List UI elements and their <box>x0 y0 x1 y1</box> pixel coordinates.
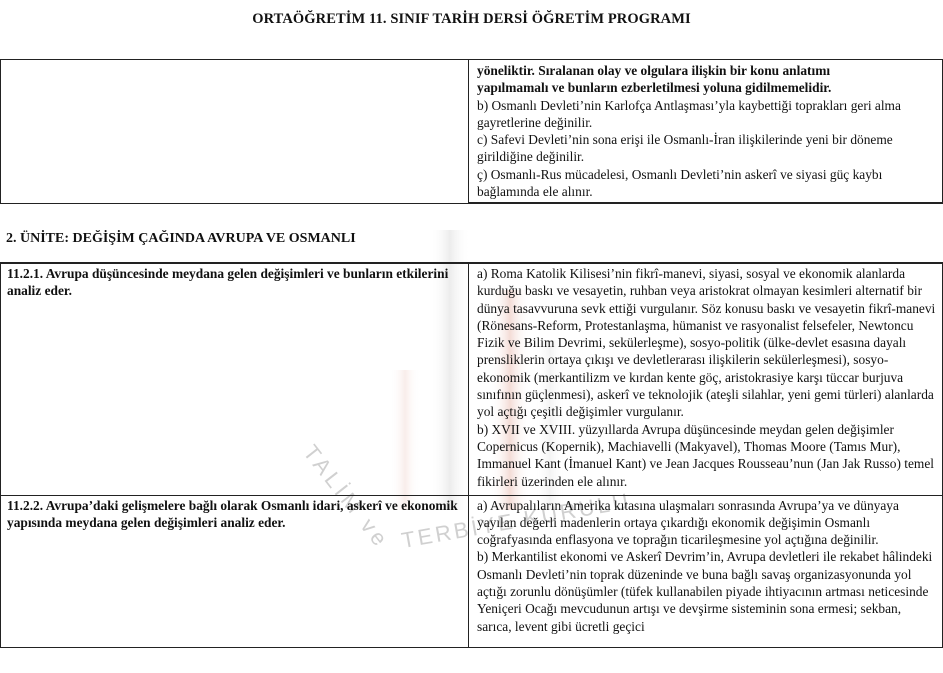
continuation-table: yöneliktir. Sıralanan olay ve olgulara i… <box>0 59 943 204</box>
unit-heading: 2. ÜNİTE: DEĞİŞİM ÇAĞINDA AVRUPA VE OSMA… <box>6 231 356 247</box>
explanation-item: b) Osmanlı Devleti’nin Karlofça Antlaşma… <box>477 97 936 132</box>
table-row: 11.2.1. Avrupa düşüncesinde meydana gele… <box>1 263 943 495</box>
outcome-cell-empty <box>1 60 469 204</box>
explanation-cell: a) Avrupalıların Amerika kıtasına ulaşma… <box>469 495 943 647</box>
unit-outcomes-table: 11.2.1. Avrupa düşüncesinde meydana gele… <box>0 262 943 648</box>
page-title: ORTAÖĞRETİM 11. SINIF TARİH DERSİ ÖĞRETİ… <box>0 11 943 28</box>
explanation-item: a) Avrupalıların Amerika kıtasına ulaşma… <box>477 497 936 549</box>
outcome-cell: 11.2.1. Avrupa düşüncesinde meydana gele… <box>1 263 469 495</box>
explanation-item: ç) Osmanlı-Rus mücadelesi, Osmanlı Devle… <box>477 166 936 201</box>
table-row: 11.2.2. Avrupa’daki gelişmelere bağlı ol… <box>1 495 943 647</box>
table-row: yöneliktir. Sıralanan olay ve olgulara i… <box>1 60 943 204</box>
explanation-item: b) XVII ve XVIII. yüzyıllarda Avrupa düş… <box>477 421 936 490</box>
explanation-item: b) Merkantilist ekonomi ve Askerî Devrim… <box>477 548 936 634</box>
explanation-item: c) Safevi Devleti’nin sona erişi ile Osm… <box>477 131 936 166</box>
explanation-item: a) Roma Katolik Kilisesi’nin fikrî-manev… <box>477 265 936 421</box>
note-bold-line: yapılmamalı ve bunların ezberletilmesi y… <box>477 79 936 96</box>
explanation-cell: a) Roma Katolik Kilisesi’nin fikrî-manev… <box>469 263 943 495</box>
outcome-cell: 11.2.2. Avrupa’daki gelişmelere bağlı ol… <box>1 495 469 647</box>
explanation-cell: yöneliktir. Sıralanan olay ve olgulara i… <box>469 60 943 204</box>
note-bold-line: yöneliktir. Sıralanan olay ve olgulara i… <box>477 62 936 79</box>
